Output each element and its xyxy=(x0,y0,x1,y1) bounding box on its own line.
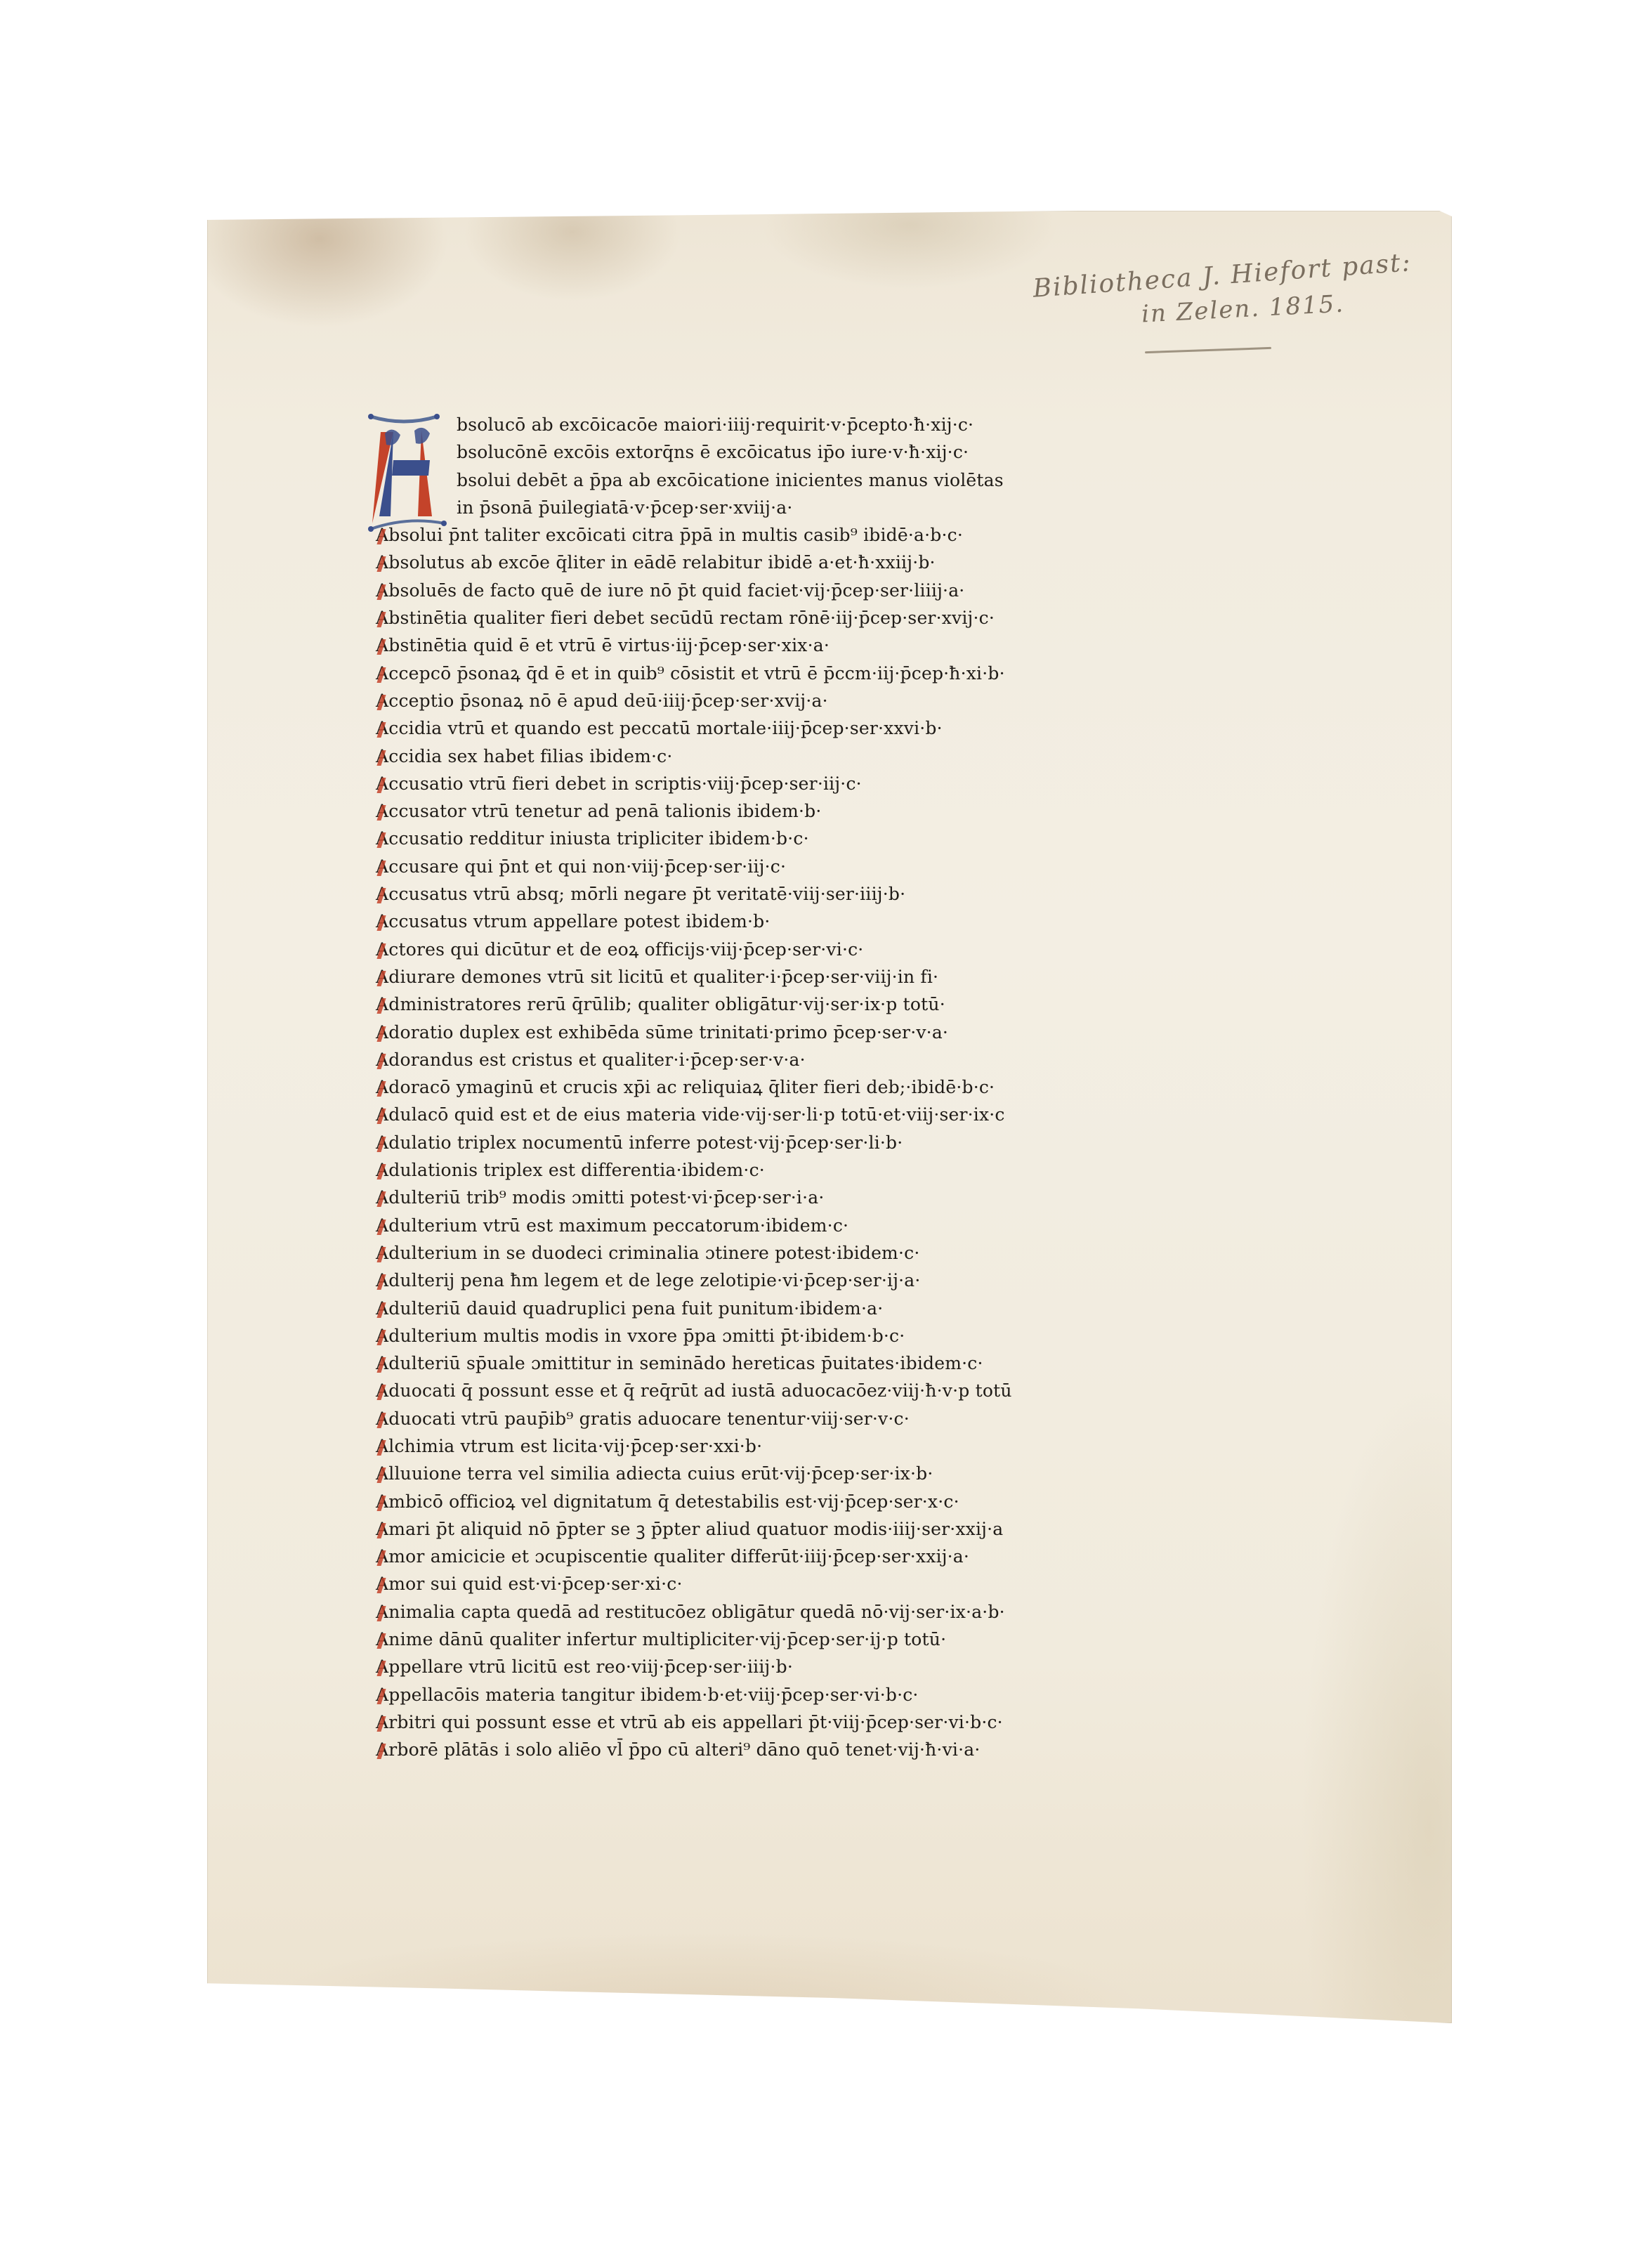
text-line: Absolui p̄nt taliter excōicati citra p̄p… xyxy=(376,521,1169,549)
text-line: Adoracō ymaginū et crucis xp̄i ac reliqu… xyxy=(376,1073,1169,1101)
rubricated-initial: A xyxy=(376,1077,388,1097)
rubricated-initial: A xyxy=(376,911,388,932)
line-text: ccusatio redditur iniusta tripliciter ib… xyxy=(388,828,808,849)
text-line: Arbitri qui possunt esse et vtrū ab eis … xyxy=(376,1708,1169,1736)
line-text: lchimia vtrum est licita·vij·p̄cep·ser·x… xyxy=(388,1436,762,1456)
text-line: Amor amicicie et ɔcupiscentie qualiter d… xyxy=(376,1543,1169,1570)
text-line: in p̄sonā p̄uilegiatā·v·p̄cep·ser·xviij·… xyxy=(376,494,1169,521)
line-text: mbicō officioꝝ vel dignitatum q̄ detesta… xyxy=(388,1491,959,1512)
text-line: Abstinētia quid ē et vtrū ē virtus·iij·p… xyxy=(376,632,1169,659)
line-text: rborē plātās i solo aliēo vl̄ p̄po cū al… xyxy=(388,1739,980,1760)
text-line: Adulterium in se duodeci criminalia ɔtin… xyxy=(376,1239,1169,1267)
line-text: ccusatus vtrum appellare potest ibidem·b… xyxy=(388,911,770,932)
text-line: Adulterij pena ħm legem et de lege zelot… xyxy=(376,1267,1169,1294)
rubricated-initial: A xyxy=(376,1187,388,1208)
text-line: Accidia vtrū et quando est peccatū morta… xyxy=(376,714,1169,742)
rubricated-initial: A xyxy=(376,967,388,987)
line-text: ccusatio vtrū fieri debet in scriptis·vi… xyxy=(388,773,862,794)
text-line: Accusator vtrū tenetur ad penā talionis … xyxy=(376,797,1169,825)
text-line: Absoluēs de facto quē de iure nō p̄t qui… xyxy=(376,577,1169,604)
text-line: Actores qui dicūtur et de eoꝝ officijs·v… xyxy=(376,936,1169,963)
rubricated-initial: A xyxy=(376,828,388,849)
rubricated-initial: A xyxy=(376,608,388,628)
rubricated-initial: A xyxy=(376,1132,388,1153)
rubricated-initial: A xyxy=(376,1602,388,1622)
line-text: ccusare qui p̄nt et qui non·viij·p̄cep·s… xyxy=(388,856,786,877)
text-line: Accidia sex habet filias ibidem·c· xyxy=(376,743,1169,770)
text-line: Accusatio vtrū fieri debet in scriptis·v… xyxy=(376,770,1169,797)
line-text: ccusatus vtrū absq; mō̄rli negare p̄t ve… xyxy=(388,884,905,904)
text-line: bsolucō ab excōicacōe maiori·iiij·requir… xyxy=(376,411,1169,438)
text-line: Acceptio p̄sonaꝝ nō ē apud deū·iiij·p̄ce… xyxy=(376,687,1169,714)
rubricated-initial: A xyxy=(376,1298,388,1319)
line-text: dministratores rerū q̄rūlib; qualiter ob… xyxy=(388,994,945,1014)
rubricated-initial: A xyxy=(376,552,388,573)
text-line: Adoratio duplex est exhibēda sūme trinit… xyxy=(376,1019,1169,1046)
line-text: duocati q̄ possunt esse et q̄ req̄rūt ad… xyxy=(388,1380,1011,1401)
rubricated-initial: A xyxy=(376,1050,388,1070)
line-text: ctores qui dicūtur et de eoꝝ officijs·vi… xyxy=(388,939,863,960)
line-text: dorandus est cristus et qualiter·i·p̄cep… xyxy=(388,1050,805,1070)
line-text: dulationis triplex est differentia·ibide… xyxy=(388,1160,765,1180)
line-text: ccidia sex habet filias ibidem·c· xyxy=(388,746,672,766)
rubricated-initial: A xyxy=(376,773,388,794)
text-line: Adulacō quid est et de eius materia vide… xyxy=(376,1101,1169,1128)
line-text: mor sui quid est·vi·p̄cep·ser·xi·c· xyxy=(388,1574,682,1594)
line-text: ppellacōis materia tangitur ibidem·b·et·… xyxy=(388,1685,918,1705)
text-line: Adulterium vtrū est maximum peccatorum·i… xyxy=(376,1212,1169,1239)
line-text: dulterium in se duodeci criminalia ɔtine… xyxy=(388,1243,919,1263)
line-text: dulacō quid est et de eius materia vide·… xyxy=(388,1104,1004,1125)
text-line: Aduocati q̄ possunt esse et q̄ req̄rūt a… xyxy=(376,1377,1169,1404)
text-line: Absolutus ab excōe q̄liter in eādē relab… xyxy=(376,549,1169,576)
line-text: lluuione terra vel similia adiecta cuius… xyxy=(388,1463,933,1484)
rubricated-initial: A xyxy=(376,994,388,1014)
text-line: Adulteriū dauid quadruplici pena fuit pu… xyxy=(376,1295,1169,1322)
line-text: bsolui p̄nt taliter excōicati citra p̄pā… xyxy=(388,525,963,545)
text-line: Accusatio redditur iniusta tripliciter i… xyxy=(376,825,1169,852)
rubricated-initial: A xyxy=(376,1574,388,1594)
line-text: bsoluēs de facto quē de iure nō p̄t quid… xyxy=(388,580,964,601)
rubricated-initial: A xyxy=(376,801,388,821)
line-text: diurare demones vtrū sit licitū et quali… xyxy=(388,967,938,987)
text-line: Adulationis triplex est differentia·ibid… xyxy=(376,1156,1169,1184)
line-text: dulteriū trib⁹ modis ɔmitti potest·vi·p̄… xyxy=(388,1187,824,1208)
text-line: Adorandus est cristus et qualiter·i·p̄ce… xyxy=(376,1046,1169,1073)
text-line: Accusatus vtrum appellare potest ibidem·… xyxy=(376,908,1169,935)
line-text: dulterij pena ħm legem et de lege zeloti… xyxy=(388,1270,920,1290)
rubricated-initial: A xyxy=(376,1022,388,1043)
text-line: Amor sui quid est·vi·p̄cep·ser·xi·c· xyxy=(376,1570,1169,1597)
text-line: bsolucōnē excōis extorq̄ns ē excōicatus … xyxy=(376,438,1169,466)
line-text: in p̄sonā p̄uilegiatā·v·p̄cep·ser·xviij·… xyxy=(457,497,792,518)
text-line: Arborē plātās i solo aliēo vl̄ p̄po cū a… xyxy=(376,1736,1169,1763)
rubricated-initial: A xyxy=(376,1380,388,1401)
line-text: ccusator vtrū tenetur ad penā talionis i… xyxy=(388,801,821,821)
rubricated-initial: A xyxy=(376,856,388,877)
line-text: rbitri qui possunt esse et vtrū ab eis a… xyxy=(388,1712,1003,1732)
line-text: ppellare vtrū licitū est reo·viij·p̄cep·… xyxy=(388,1656,793,1677)
text-line: Adulatio triplex nocumentū inferre potes… xyxy=(376,1129,1169,1156)
rubricated-initial: A xyxy=(376,1712,388,1732)
text-line: Anime dānū qualiter infertur multiplicit… xyxy=(376,1626,1169,1653)
rubricated-initial: A xyxy=(376,718,388,738)
text-line: Alchimia vtrum est licita·vij·p̄cep·ser·… xyxy=(376,1432,1169,1460)
line-text: bsolucōnē excōis extorq̄ns ē excōicatus … xyxy=(457,442,969,462)
rubricated-initial: A xyxy=(376,525,388,545)
line-text: dulterium multis modis in vxore p̄pa ɔmi… xyxy=(388,1326,905,1346)
rubricated-initial: A xyxy=(376,635,388,655)
line-text: cceptio p̄sonaꝝ nō ē apud deū·iiij·p̄cep… xyxy=(388,691,828,711)
text-line: Aduocati vtrū paup̄ib⁹ gratis aduocare t… xyxy=(376,1405,1169,1432)
line-text: nime dānū qualiter infertur multiplicite… xyxy=(388,1629,946,1649)
line-text: doracō ymaginū et crucis xp̄i ac reliqui… xyxy=(388,1077,995,1097)
line-text: ccidia vtrū et quando est peccatū mortal… xyxy=(388,718,943,738)
rubricated-initial: A xyxy=(376,1546,388,1567)
line-text: duocati vtrū paup̄ib⁹ gratis aduocare te… xyxy=(388,1409,910,1429)
line-text: nimalia capta quedā ad restitucōez oblig… xyxy=(388,1602,1005,1622)
text-line: Abstinētia qualiter fieri debet secūdū r… xyxy=(376,604,1169,632)
text-line: Ambicō officioꝝ vel dignitatum q̄ detest… xyxy=(376,1488,1169,1515)
text-line: bsolui debēt a p̄pa ab excōicatione inic… xyxy=(376,466,1169,494)
text-line: Administratores rerū q̄rūlib; qualiter o… xyxy=(376,991,1169,1018)
rubricated-initial: A xyxy=(376,580,388,601)
rubricated-initial: A xyxy=(376,1243,388,1263)
text-line: Appellare vtrū licitū est reo·viij·p̄cep… xyxy=(376,1653,1169,1680)
line-text: bstinētia qualiter fieri debet secūdū re… xyxy=(388,608,995,628)
line-text: dulatio triplex nocumentū inferre potest… xyxy=(388,1132,903,1153)
rubricated-initial: A xyxy=(376,1409,388,1429)
rubricated-initial: A xyxy=(376,1739,388,1760)
text-line: Adulteriū sp̄uale ɔmittitur in seminādo … xyxy=(376,1350,1169,1377)
line-text: mari p̄t aliquid nō p̄pter se ꝫ p̄pter a… xyxy=(388,1519,1003,1539)
rubricated-initial: A xyxy=(376,746,388,766)
line-text: bsolutus ab excōe q̄liter in eādē relabi… xyxy=(388,552,935,573)
line-text: bstinētia quid ē et vtrū ē virtus·iij·p̄… xyxy=(388,635,830,655)
index-text-block: bsolucō ab excōicacōe maiori·iiij·requir… xyxy=(376,411,1169,1764)
rubricated-initial: A xyxy=(376,939,388,960)
text-line: Accusare qui p̄nt et qui non·viij·p̄cep·… xyxy=(376,853,1169,880)
rubricated-initial: A xyxy=(376,1436,388,1456)
text-line: Adulterium multis modis in vxore p̄pa ɔm… xyxy=(376,1322,1169,1350)
line-text: dulteriū dauid quadruplici pena fuit pun… xyxy=(388,1298,883,1319)
text-line: Accepcō p̄sonaꝝ q̄d ē et in quib⁹ cōsist… xyxy=(376,660,1169,687)
line-text: doratio duplex est exhibēda sūme trinita… xyxy=(388,1022,948,1043)
text-line: Animalia capta quedā ad restitucōez obli… xyxy=(376,1598,1169,1626)
rubricated-initial: A xyxy=(376,884,388,904)
line-text: bsolui debēt a p̄pa ab excōicatione inic… xyxy=(457,470,1004,490)
text-line: Alluuione terra vel similia adiecta cuiu… xyxy=(376,1460,1169,1487)
line-text: bsolucō ab excōicacōe maiori·iiij·requir… xyxy=(457,414,973,435)
rubricated-initial: A xyxy=(376,663,388,684)
text-line: Amari p̄t aliquid nō p̄pter se ꝫ p̄pter … xyxy=(376,1515,1169,1543)
rubricated-initial: A xyxy=(376,691,388,711)
line-text: mor amicicie et ɔcupiscentie qualiter di… xyxy=(388,1546,969,1567)
line-text: ccepcō p̄sonaꝝ q̄d ē et in quib⁹ cōsisti… xyxy=(388,663,1004,684)
rubricated-initial: A xyxy=(376,1519,388,1539)
rubricated-initial: A xyxy=(376,1215,388,1236)
rubricated-initial: A xyxy=(376,1463,388,1484)
line-text: dulteriū sp̄uale ɔmittitur in seminādo h… xyxy=(388,1353,983,1373)
rubricated-initial: A xyxy=(376,1326,388,1346)
rubricated-initial: A xyxy=(376,1104,388,1125)
line-text: dulterium vtrū est maximum peccatorum·ib… xyxy=(388,1215,848,1236)
text-line: Accusatus vtrū absq; mō̄rli negare p̄t v… xyxy=(376,880,1169,908)
text-line: Adiurare demones vtrū sit licitū et qual… xyxy=(376,963,1169,991)
rubricated-initial: A xyxy=(376,1353,388,1373)
rubricated-initial: A xyxy=(376,1491,388,1512)
rubricated-initial: A xyxy=(376,1656,388,1677)
text-line: Adulteriū trib⁹ modis ɔmitti potest·vi·p… xyxy=(376,1184,1169,1211)
text-line: Appellacōis materia tangitur ibidem·b·et… xyxy=(376,1681,1169,1708)
rubricated-initial: A xyxy=(376,1270,388,1290)
rubricated-initial: A xyxy=(376,1629,388,1649)
rubricated-initial: A xyxy=(376,1160,388,1180)
rubricated-initial: A xyxy=(376,1685,388,1705)
